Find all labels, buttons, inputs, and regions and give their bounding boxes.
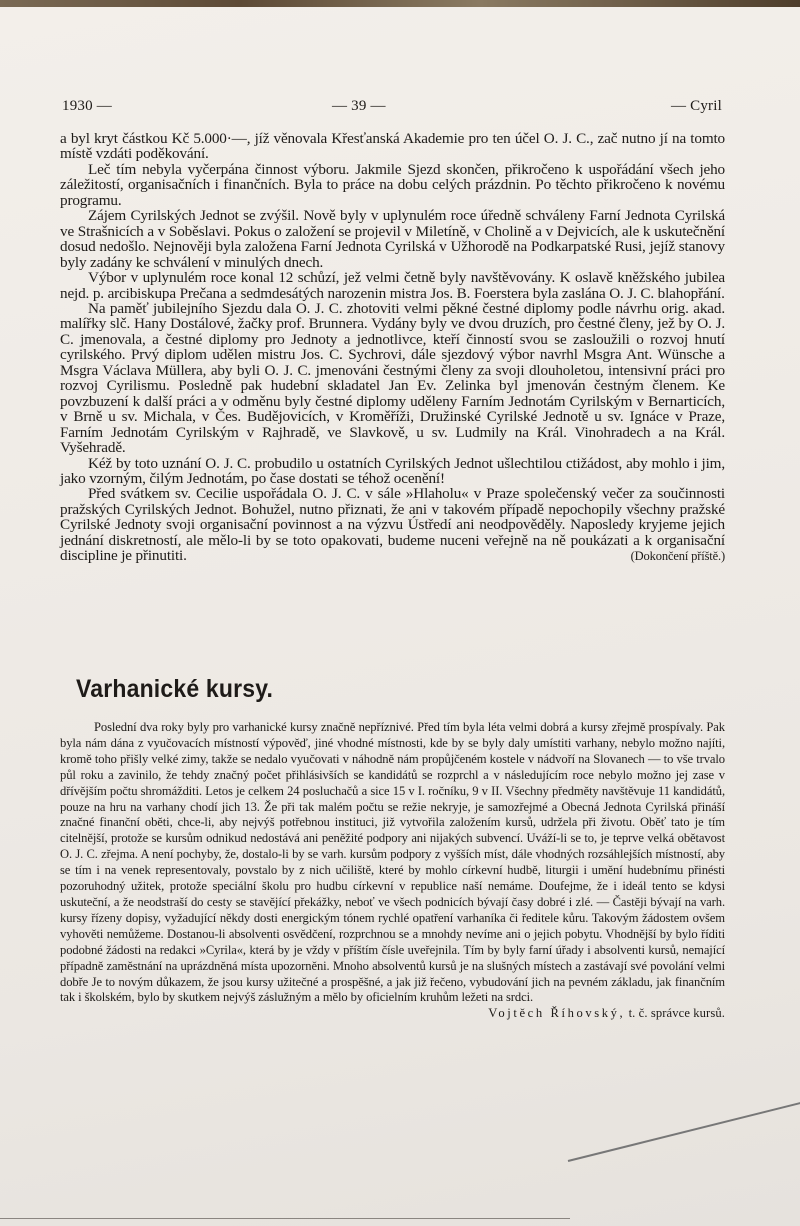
- paragraph: Na paměť jubilejního Sjezdu dala O. J. C…: [60, 301, 725, 456]
- section-title: Varhanické kursy.: [76, 675, 273, 704]
- author-name: Vojtěch Říhovský,: [488, 1006, 625, 1020]
- paragraph: a byl kryt částkou Kč 5.000·—, jíž věnov…: [60, 131, 725, 162]
- author-role: t. č. správce kursů.: [629, 1006, 725, 1020]
- paragraph-text: Poslední dva roky byly pro varhanické ku…: [60, 720, 725, 1004]
- page-number: — 39 —: [332, 98, 386, 115]
- running-head: 1930 — — 39 — — Cyril: [62, 98, 722, 118]
- paragraph: Poslední dva roky byly pro varhanické ku…: [60, 720, 725, 1006]
- paragraph: Kéž by toto uznání O. J. C. probudilo u …: [60, 456, 725, 487]
- section-body: Poslední dva roky byly pro varhanické ku…: [60, 720, 725, 1022]
- running-head-year: 1930 —: [62, 98, 112, 115]
- paragraph: Zájem Cyrilských Jednot se zvýšil. Nově …: [60, 208, 725, 270]
- paragraph: Výbor v uplynulém roce konal 12 schůzí, …: [60, 270, 725, 301]
- article-continued: a byl kryt částkou Kč 5.000·—, jíž věnov…: [60, 131, 725, 565]
- journal-name: — Cyril: [671, 98, 722, 115]
- paragraph: Leč tím nebyla vyčerpána činnost výboru.…: [60, 162, 725, 208]
- scan-edge: [0, 0, 800, 7]
- paragraph-last: Před svátkem sv. Cecilie uspořádala O. J…: [60, 486, 725, 563]
- page-edge: [0, 1218, 570, 1219]
- signature: Vojtěch Říhovský, t. č. správce kursů.: [454, 1006, 725, 1022]
- continuation-note: (Dokončení příště.): [603, 549, 725, 564]
